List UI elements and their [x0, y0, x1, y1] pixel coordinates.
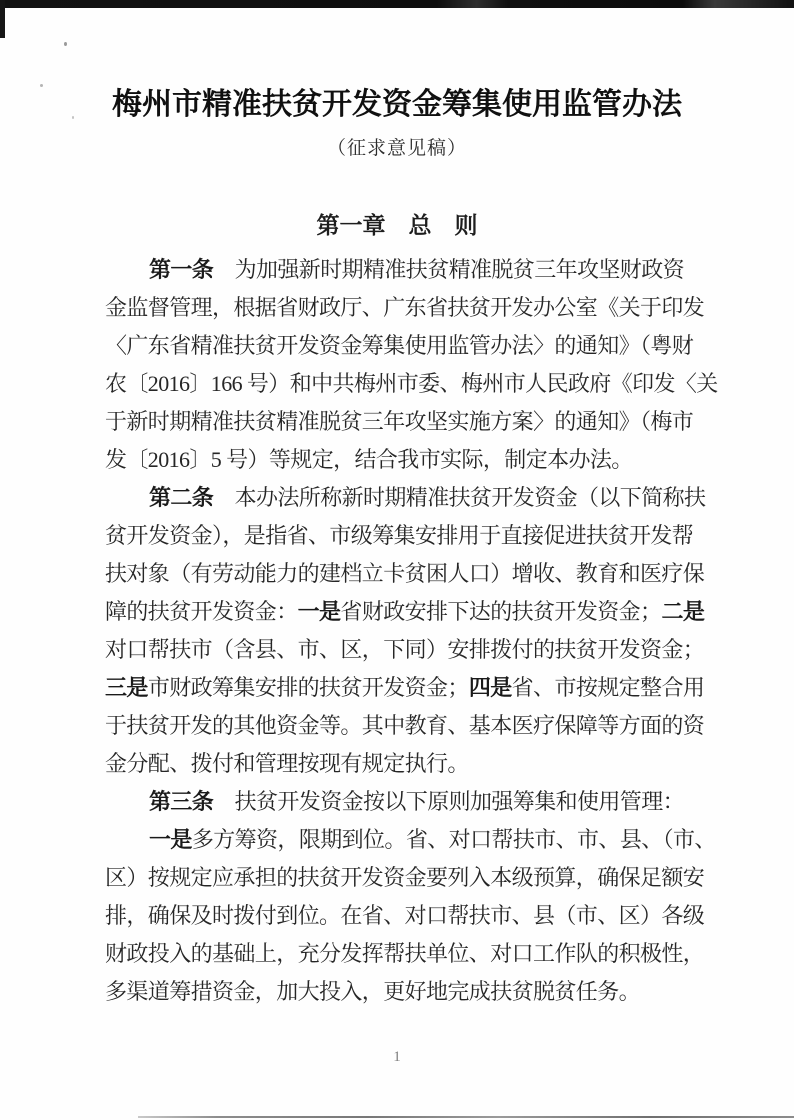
body-text: 多渠道筹措资金，加大投入，更好地完成扶贫脱贫任务。 — [105, 979, 640, 1004]
text-line: 排，确保及时拨付到位。在省、对口帮扶市、县（市、区）各级 — [105, 897, 711, 935]
text-line: 于扶贫开发的其他资金等。其中教育、基本医疗保障等方面的资 — [105, 707, 711, 745]
document-title: 梅州市精准扶贫开发资金筹集使用监管办法 — [0, 85, 794, 125]
body-text: 金分配、拨付和管理按现有规定执行。 — [105, 751, 469, 776]
document-body: 第一条 为加强新时期精准扶贫精准脱贫三年攻坚财政资金监督管理，根据省财政厅、广东… — [105, 251, 711, 1011]
body-text: 于扶贫开发的其他资金等。其中教育、基本医疗保障等方面的资 — [105, 713, 704, 738]
body-text: 本办法所称新时期精准扶贫开发资金（以下简称扶 — [213, 485, 705, 510]
text-line: 〈广东省精准扶贫开发资金筹集使用监管办法〉的通知》（粤财 — [105, 327, 711, 365]
body-text: 多方筹资，限期到位。省、对口帮扶市、市、县、（市、 — [192, 827, 716, 852]
emphasized-text: 四是 — [469, 675, 512, 700]
body-text: 贫开发资金），是指省、市级筹集安排用于直接促进扶贫开发帮 — [105, 523, 693, 548]
body-text: 扶贫开发资金按以下原则加强筹集和使用管理： — [213, 789, 684, 814]
text-line: 多渠道筹措资金，加大投入，更好地完成扶贫脱贫任务。 — [105, 973, 711, 1011]
document-subtitle: （征求意见稿） — [0, 137, 794, 161]
body-text: 省、市按规定整合用 — [512, 675, 705, 700]
text-line: 一是多方筹资，限期到位。省、对口帮扶市、市、县、（市、 — [105, 821, 711, 859]
body-text: 金监督管理，根据省财政厅、广东省扶贫开发办公室《关于印发 — [105, 295, 704, 320]
paragraph: 第三条 扶贫开发资金按以下原则加强筹集和使用管理： — [105, 783, 711, 821]
body-text: 区）按规定应承担的扶贫开发资金要列入本级预算，确保足额安 — [105, 865, 704, 890]
paragraph: 第一条 为加强新时期精准扶贫精准脱贫三年攻坚财政资金监督管理，根据省财政厅、广东… — [105, 251, 711, 479]
scan-left-edge-artifact — [0, 0, 5, 38]
body-text: 省财政安排下达的扶贫开发资金； — [340, 599, 661, 624]
scan-speck — [72, 116, 74, 119]
body-text: 为加强新时期精准扶贫精准脱贫三年攻坚财政资 — [213, 257, 684, 282]
text-line: 障的扶贫开发资金：一是省财政安排下达的扶贫开发资金；二是 — [105, 593, 711, 631]
text-line: 金分配、拨付和管理按现有规定执行。 — [105, 745, 711, 783]
scan-top-edge-artifact — [0, 0, 794, 8]
emphasized-text: 二是 — [661, 599, 704, 624]
text-line: 第一条 为加强新时期精准扶贫精准脱贫三年攻坚财政资 — [105, 251, 711, 289]
chapter-heading: 第一章 总 则 — [0, 210, 794, 240]
text-line: 财政投入的基础上，充分发挥帮扶单位、对口工作队的积极性， — [105, 935, 711, 973]
body-text: 农〔2016〕166 号）和中共梅州市委、梅州市人民政府《印发〈关 — [105, 371, 718, 396]
scan-speck — [64, 42, 67, 46]
text-line: 三是市财政筹集安排的扶贫开发资金；四是省、市按规定整合用 — [105, 669, 711, 707]
emphasized-text: 一是 — [149, 827, 192, 852]
text-line: 于新时期精准扶贫精准脱贫三年攻坚实施方案〉的通知》（梅市 — [105, 403, 711, 441]
body-text: 发〔2016〕5 号）等规定，结合我市实际，制定本办法。 — [105, 447, 633, 472]
body-text: 障的扶贫开发资金： — [105, 599, 298, 624]
emphasized-text: 第一条 — [149, 257, 213, 282]
body-text: 扶对象（有劳动能力的建档立卡贫困人口）增收、教育和医疗保 — [105, 561, 704, 586]
text-line: 发〔2016〕5 号）等规定，结合我市实际，制定本办法。 — [105, 441, 711, 479]
body-text: 市财政筹集安排的扶贫开发资金； — [148, 675, 469, 700]
scan-bottom-edge-artifact — [138, 1116, 794, 1118]
paragraph: 第二条 本办法所称新时期精准扶贫开发资金（以下简称扶贫开发资金），是指省、市级筹… — [105, 479, 711, 783]
text-line: 第二条 本办法所称新时期精准扶贫开发资金（以下简称扶 — [105, 479, 711, 517]
text-line: 农〔2016〕166 号）和中共梅州市委、梅州市人民政府《印发〈关 — [105, 365, 711, 403]
emphasized-text: 第二条 — [149, 485, 213, 510]
emphasized-text: 三是 — [105, 675, 148, 700]
paragraph: 一是多方筹资，限期到位。省、对口帮扶市、市、县、（市、区）按规定应承担的扶贫开发… — [105, 821, 711, 1011]
text-line: 对口帮扶市（含县、市、区，下同）安排拨付的扶贫开发资金； — [105, 631, 711, 669]
text-line: 金监督管理，根据省财政厅、广东省扶贫开发办公室《关于印发 — [105, 289, 711, 327]
body-text: 排，确保及时拨付到位。在省、对口帮扶市、县（市、区）各级 — [105, 903, 704, 928]
text-line: 第三条 扶贫开发资金按以下原则加强筹集和使用管理： — [105, 783, 711, 821]
text-line: 贫开发资金），是指省、市级筹集安排用于直接促进扶贫开发帮 — [105, 517, 711, 555]
body-text: 对口帮扶市（含县、市、区，下同）安排拨付的扶贫开发资金； — [105, 637, 704, 662]
body-text: 于新时期精准扶贫精准脱贫三年攻坚实施方案〉的通知》（梅市 — [105, 409, 693, 434]
text-line: 区）按规定应承担的扶贫开发资金要列入本级预算，确保足额安 — [105, 859, 711, 897]
emphasized-text: 一是 — [298, 599, 341, 624]
body-text: 财政投入的基础上，充分发挥帮扶单位、对口工作队的积极性， — [105, 941, 704, 966]
text-line: 扶对象（有劳动能力的建档立卡贫困人口）增收、教育和医疗保 — [105, 555, 711, 593]
body-text: 〈广东省精准扶贫开发资金筹集使用监管办法〉的通知》（粤财 — [105, 333, 693, 358]
page-number: 1 — [0, 1048, 794, 1066]
emphasized-text: 第三条 — [149, 789, 213, 814]
scan-speck — [40, 84, 43, 87]
